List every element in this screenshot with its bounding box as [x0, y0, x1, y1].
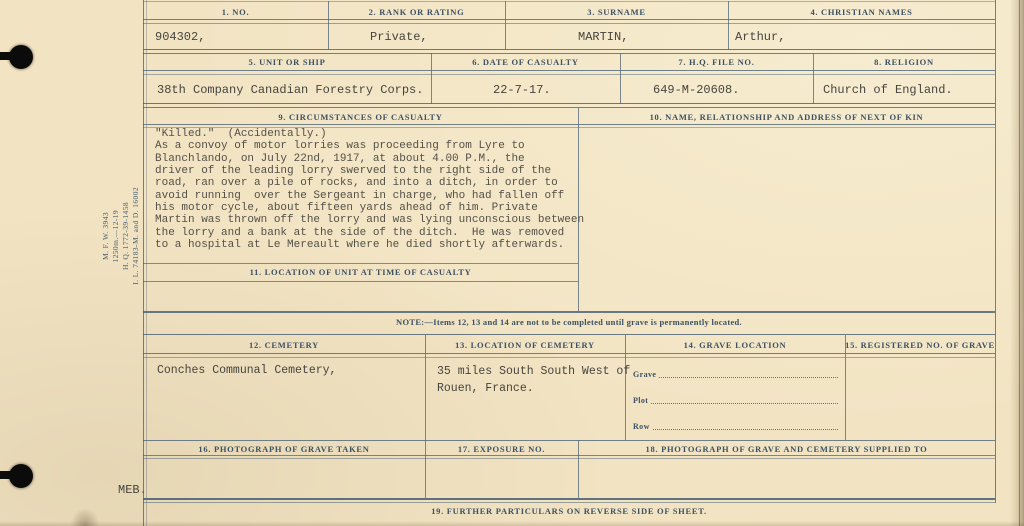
field-label-no: 1. NO. [143, 7, 328, 17]
field-label-cemetery: 12. CEMETERY [143, 340, 425, 350]
field-value-rank: Private, [370, 31, 428, 44]
field-label-religion: 8. RELIGION [813, 57, 995, 67]
field-value-unit: 38th Company Canadian Forestry Corps. [157, 84, 423, 97]
rule-line [143, 263, 578, 264]
field-value-religion: Church of England. [823, 84, 953, 97]
dotted-leader [659, 369, 838, 378]
rule-line [143, 23, 995, 24]
field-value-circumstances: "Killed." (Accidentally.) As a convoy of… [155, 128, 584, 251]
rule-line [143, 19, 995, 20]
rule-line [143, 281, 578, 282]
stamp-line: H. Q. 1772-39-1458 [121, 202, 130, 270]
rule-line [995, 0, 996, 503]
rule-line [143, 458, 995, 459]
rule-line [143, 502, 995, 503]
rule-line [143, 70, 995, 71]
field-label-cemetery-location: 13. LOCATION OF CEMETERY [425, 340, 625, 350]
rule-line [143, 53, 995, 54]
field-label-next-of-kin: 10. NAME, RELATIONSHIP AND ADDRESS OF NE… [578, 112, 995, 122]
field-value-hq-file-no: 649-M-20608. [653, 84, 739, 97]
rule-line [143, 440, 995, 441]
page-bottom-edge [0, 521, 1024, 526]
rule-line [143, 455, 995, 456]
field-label-photo-taken: 16. PHOTOGRAPH OF GRAVE TAKEN [143, 444, 425, 454]
grave-row-plot: Plot [633, 395, 838, 405]
grave-row-grave: Grave [633, 369, 838, 379]
punch-hole-top-stub [0, 52, 13, 60]
stamp-line: 1250m.—12-19 [111, 210, 120, 263]
field-label-christian-names: 4. CHRISTIAN NAMES [728, 7, 995, 17]
rule-line [143, 353, 995, 354]
page-right-edge [1010, 0, 1024, 526]
stamp-line: M. F. W. 3943 [101, 212, 110, 260]
field-label-unit-location: 11. LOCATION OF UNIT AT TIME OF CASUALTY [143, 267, 578, 277]
field-value-christian-names: Arthur, [735, 31, 785, 44]
grave-row-label: Plot [633, 396, 648, 405]
rule-line [143, 1, 995, 2]
field-value-surname: MARTIN, [578, 31, 628, 44]
field-label-date: 6. DATE OF CASUALTY [431, 57, 620, 67]
punch-hole-bottom-stub [0, 471, 13, 479]
rule-line [143, 103, 995, 104]
rule-line [143, 124, 995, 125]
field-label-exposure-no: 17. EXPOSURE NO. [425, 444, 578, 454]
rule-line [143, 498, 995, 500]
stamp-line: I. L. 74183-M. and D. 16002 [131, 187, 140, 285]
grave-row-row: Row [633, 421, 838, 431]
casualty-record-card: M. F. W. 3943 1250m.—12-19 H. Q. 1772-39… [0, 0, 1024, 526]
field-value-cemetery: Conches Communal Cemetery, [157, 365, 336, 377]
rule-line [143, 357, 995, 358]
field-label-photo-supplied: 18. PHOTOGRAPH OF GRAVE AND CEMETERY SUP… [578, 444, 995, 454]
field-label-grave-location: 14. GRAVE LOCATION [625, 340, 845, 350]
form-reference-stamp: M. F. W. 3943 1250m.—12-19 H. Q. 1772-39… [101, 156, 140, 316]
field-value-cemetery-location: 35 miles South South West of Rouen, Fran… [437, 363, 630, 397]
field-label-rank: 2. RANK OR RATING [328, 7, 505, 17]
page-right-edge-line [1019, 0, 1020, 526]
field-value-date: 22-7-17. [493, 84, 551, 97]
rule-line [143, 311, 995, 313]
field-label-surname: 3. SURNAME [505, 7, 728, 17]
rule-line [143, 74, 995, 75]
note-items-12-13-14: NOTE:—Items 12, 13 and 14 are not to be … [143, 317, 995, 327]
dotted-leader [653, 421, 838, 430]
rule-line [143, 107, 995, 108]
field-value-no: 904302, [155, 31, 205, 44]
grave-row-label: Row [633, 422, 650, 431]
field-label-registered-no: 15. REGISTERED NO. OF GRAVE [845, 340, 995, 350]
field-label-unit: 5. UNIT OR SHIP [143, 57, 431, 67]
rule-line [845, 335, 846, 440]
field-label-circumstances: 9. CIRCUMSTANCES OF CASUALTY [143, 112, 578, 122]
dotted-leader [651, 395, 838, 404]
grave-row-label: Grave [633, 370, 656, 379]
rule-line [143, 334, 995, 335]
rule-line [425, 335, 426, 440]
footer-further-particulars: 19. FURTHER PARTICULARS ON REVERSE SIDE … [143, 506, 995, 516]
field-label-hq-file-no: 7. H.Q. FILE NO. [620, 57, 813, 67]
rule-line [143, 49, 995, 50]
